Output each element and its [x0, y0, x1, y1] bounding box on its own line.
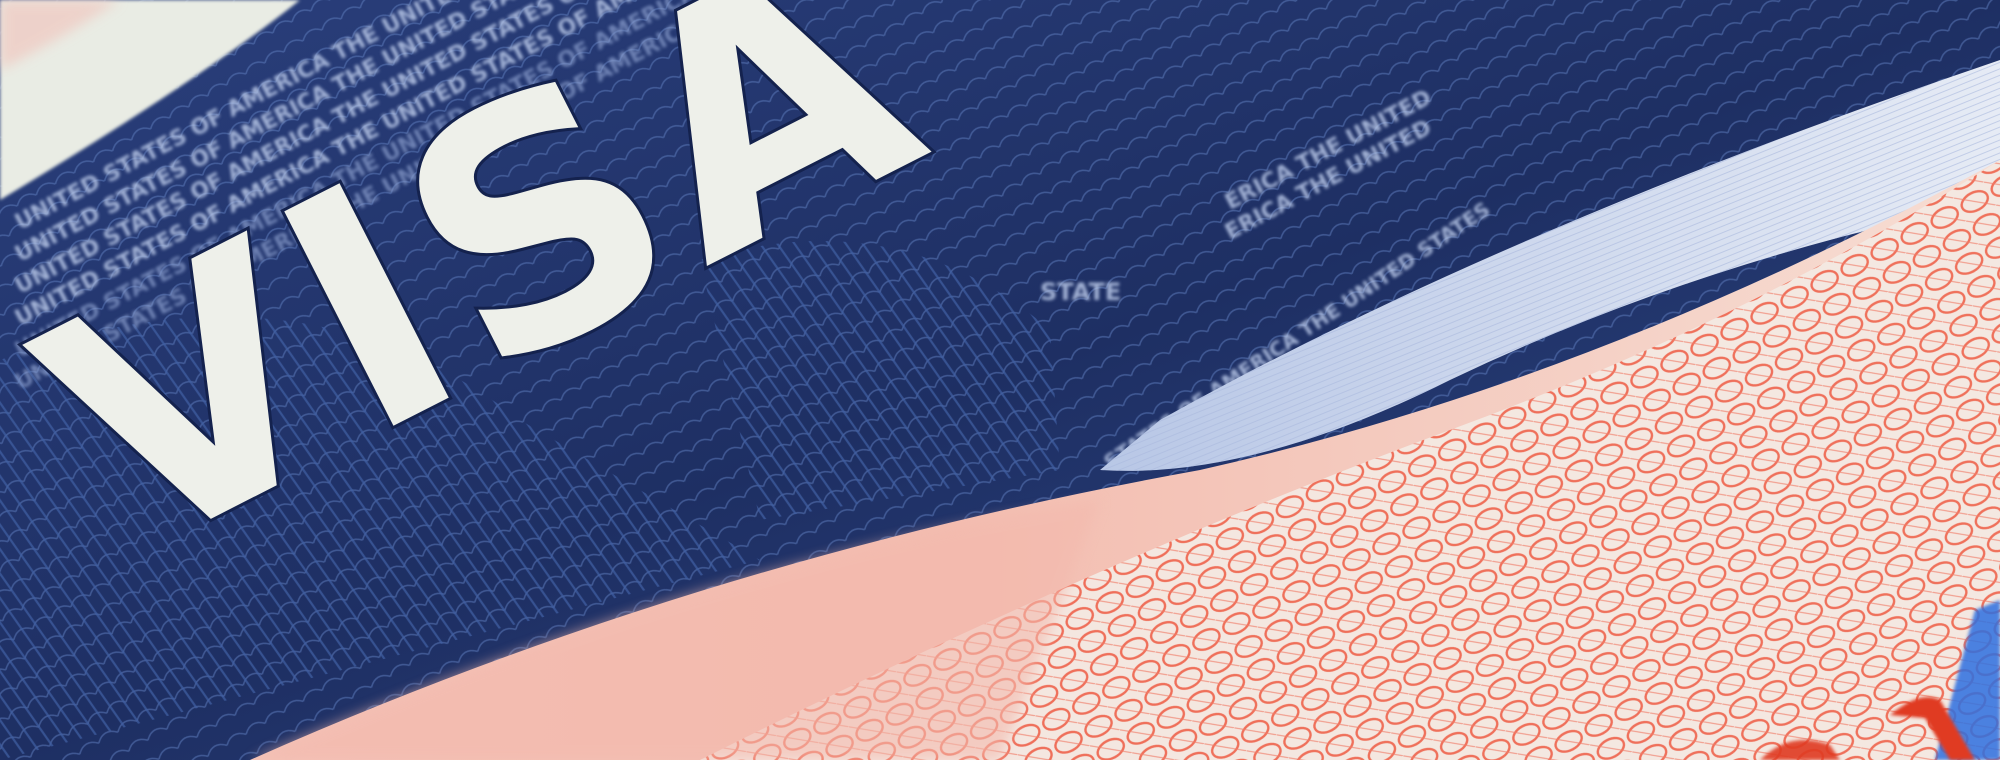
- visa-scene: UNITED STATES OF AMERICA THE UNITED STAT…: [0, 0, 2000, 760]
- visa-photo: UNITED STATES OF AMERICA THE UNITED STAT…: [0, 0, 2000, 760]
- svg-text:STATE: STATE: [1040, 278, 1121, 306]
